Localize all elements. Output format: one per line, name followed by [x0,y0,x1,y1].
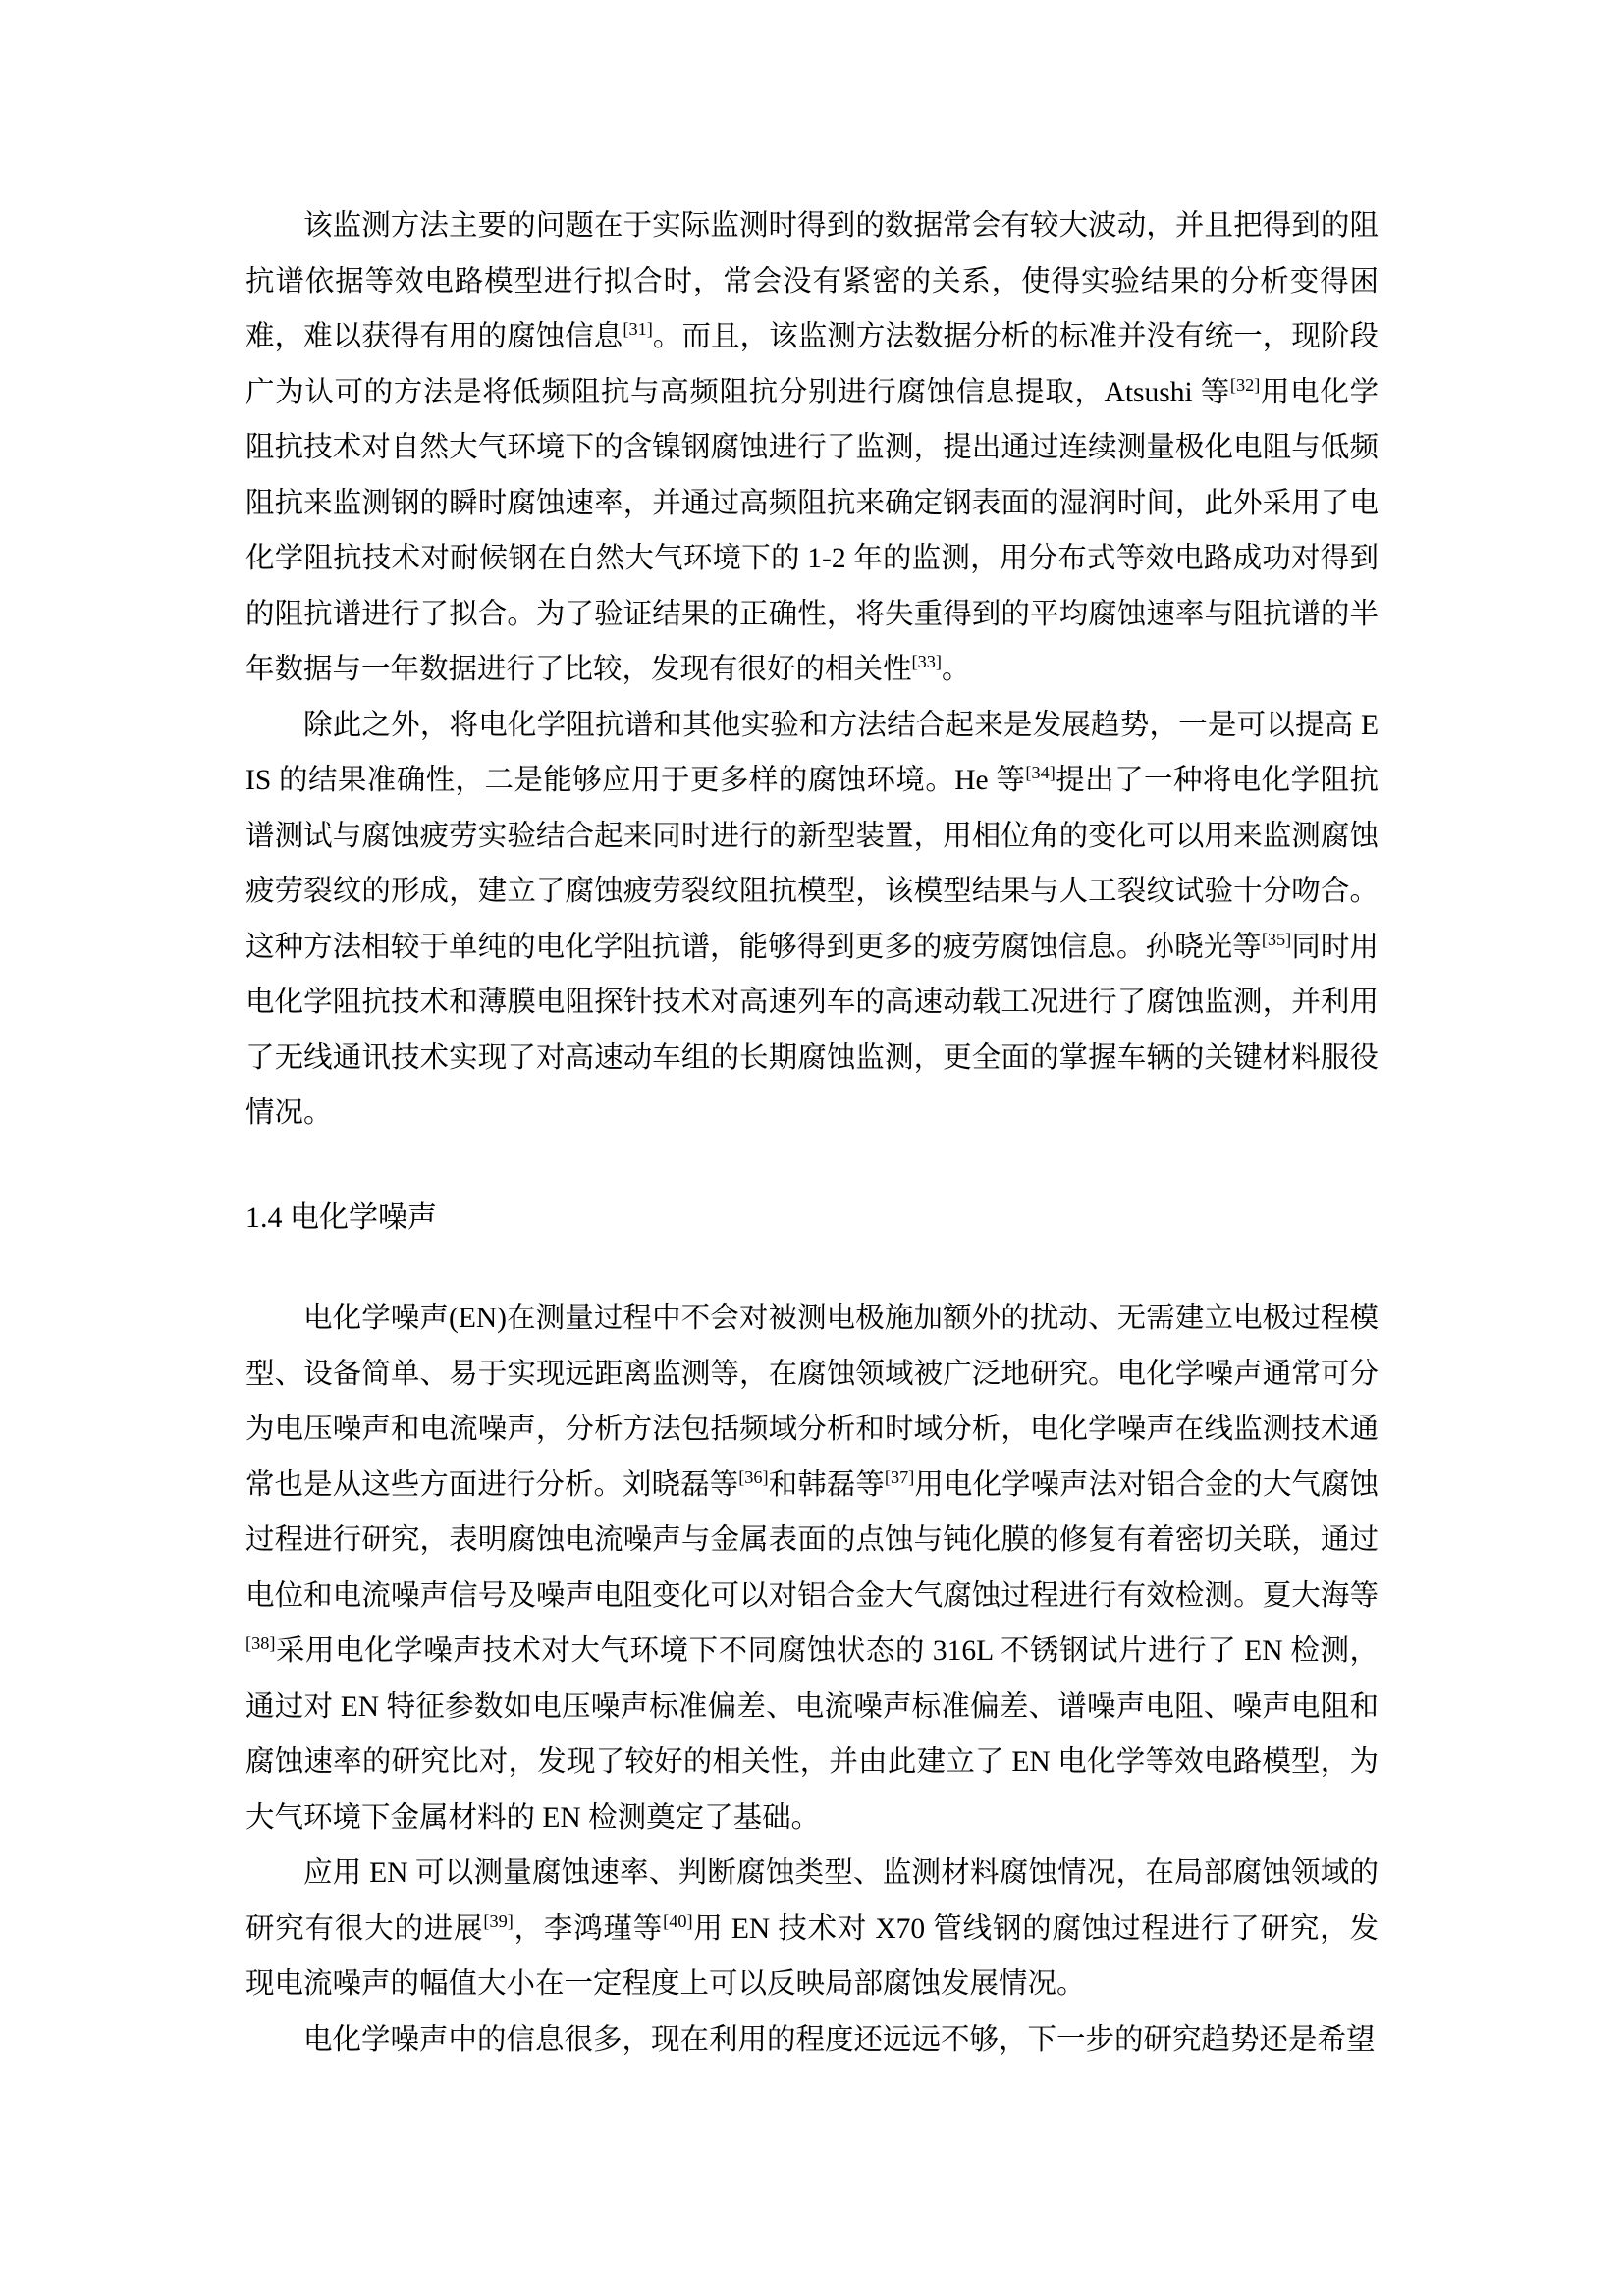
citation-ref: [37] [885,1468,914,1487]
citation-ref: [35] [1262,930,1291,949]
citation-ref: [36] [738,1468,768,1487]
paragraph-en-overview: 电化学噪声(EN)在测量过程中不会对被测电极施加额外的扰动、无需建立电极过程模型… [245,1291,1379,1845]
citation-ref: [38] [245,1633,275,1653]
paragraph-eis-combined-methods: 除此之外，将电化学阻抗谱和其他实验和方法结合起来是发展趋势，一是可以提高 EIS… [245,698,1379,1142]
paragraph-en-outlook: 电化学噪声中的信息很多，现在利用的程度还远远不够，下一步的研究趋势还是希望 [245,2012,1379,2068]
document-body: { "page": { "background_color": "#ffffff… [0,0,1624,2296]
paragraph-eis-problems: 该监测方法主要的问题在于实际监测时得到的数据常会有较大波动，并且把得到的阻抗谱依… [245,198,1379,698]
paragraph-en-applications: 应用 EN 可以测量腐蚀速率、判断腐蚀类型、监测材料腐蚀情况，在局部腐蚀领域的研… [245,1845,1379,2012]
citation-ref: [33] [912,652,942,671]
document-page: 该监测方法主要的问题在于实际监测时得到的数据常会有较大波动，并且把得到的阻抗谱依… [0,0,1624,2296]
citation-ref: [34] [1025,763,1055,782]
section-heading-1-4: 1.4 电化学噪声 [245,1191,1379,1247]
citation-ref: [39] [483,1911,513,1931]
citation-ref: [40] [663,1911,692,1931]
citation-ref: [32] [1230,375,1260,395]
citation-ref: [31] [623,319,652,339]
